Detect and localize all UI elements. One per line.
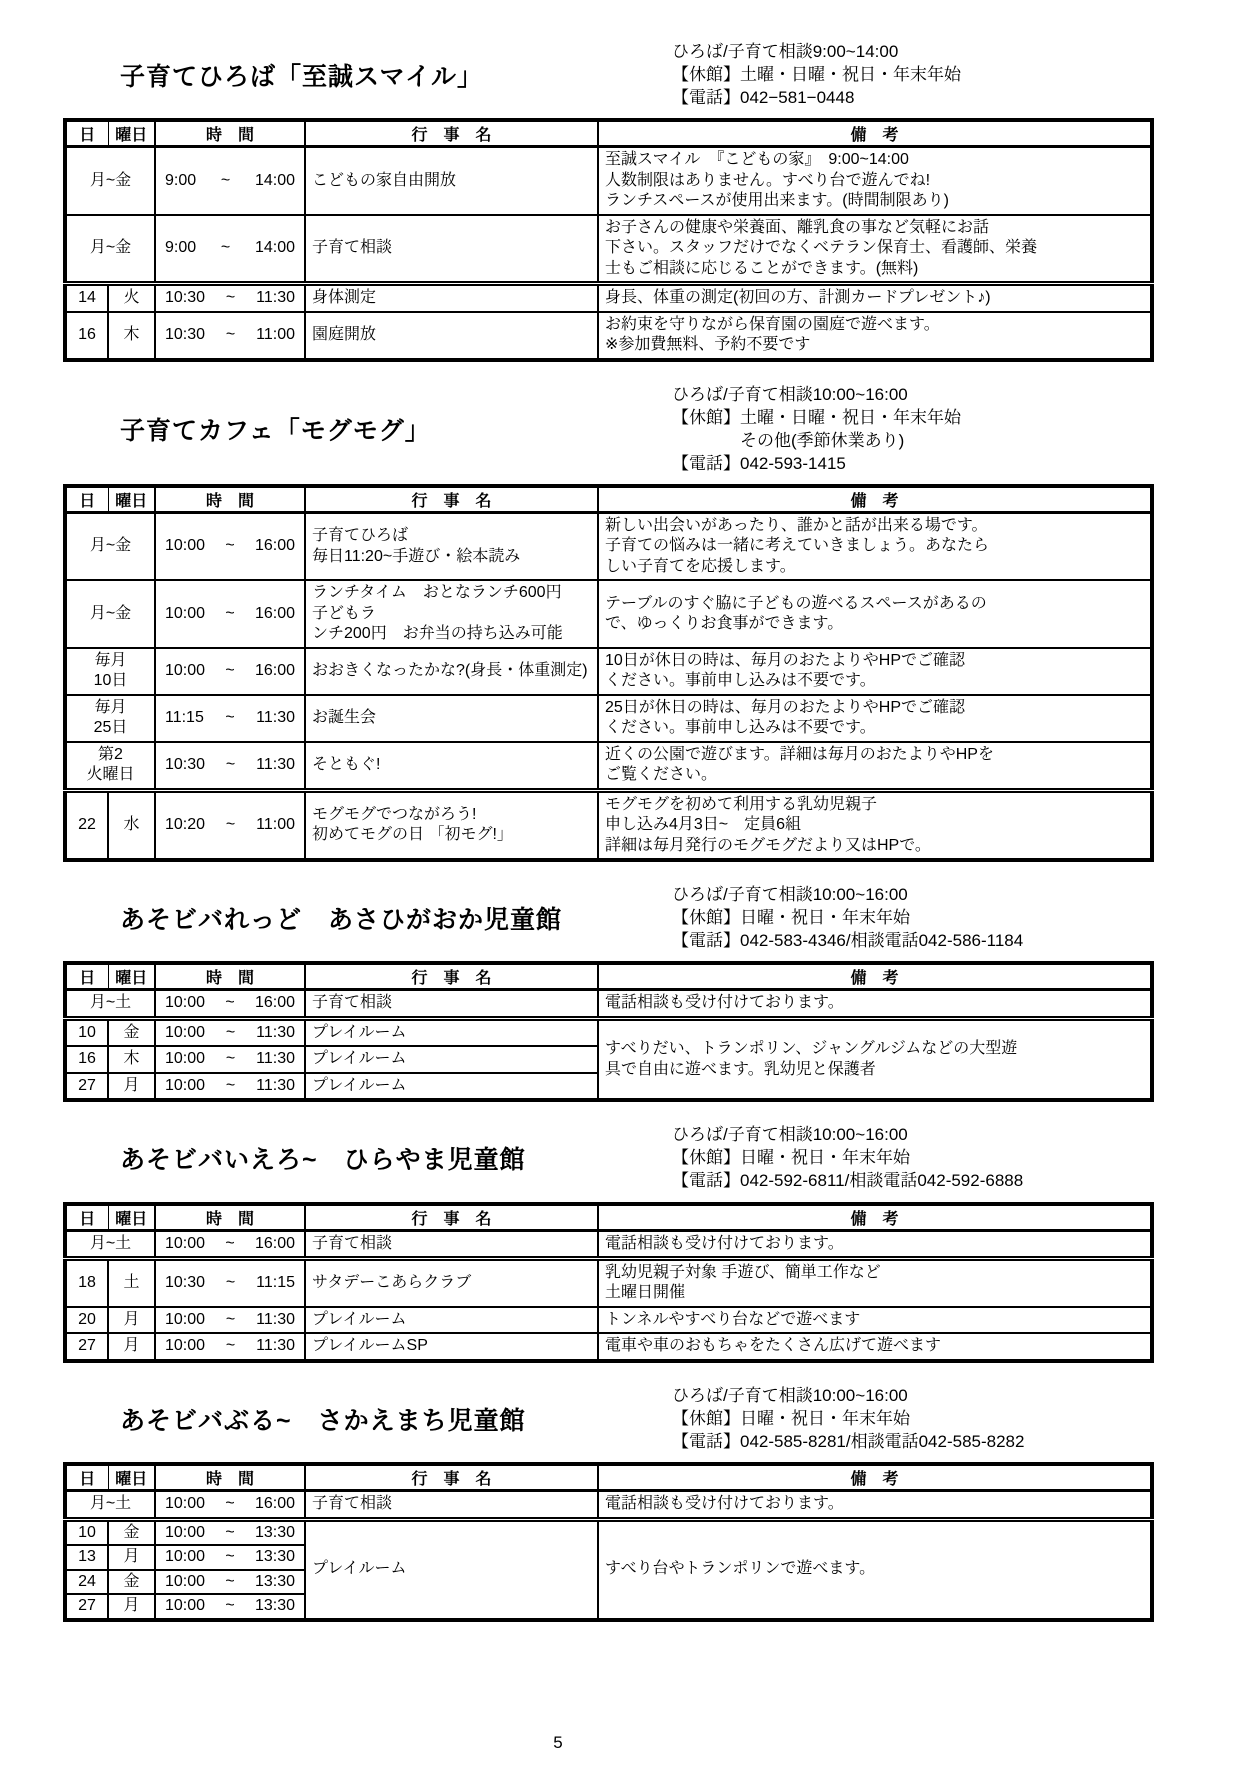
cell-time: 10:00~13:30 [155,1570,305,1594]
table-row: 月~金10:00~16:00ランチタイム おとなランチ600円 子どもラ ンチ2… [65,580,1152,647]
facility-info-line: 【電話】042-583-4346/相談電話042-586-1184 [672,929,1023,952]
header-day: 日 [65,120,108,147]
cell-note: 10日が休日の時は、毎月のおたよりやHPでご確認 ください。事前申し込みは不要で… [598,648,1152,695]
cell-event: プレイルームSP [305,1333,598,1360]
time-range: 10:00~11:30 [165,1023,295,1043]
cell-event: そともぐ! [305,742,598,790]
cell-time: 10:00~11:30 [155,1307,305,1333]
time-part: 11:30 [256,1023,295,1043]
cell-note: お子さんの健康や栄養面、離乳食の事など気軽にお話 下さい。スタッフだけでなくベテ… [598,215,1152,284]
cell-event: プレイルーム [305,1307,598,1333]
cell-weekday: 金 [108,1570,155,1594]
cell-event: プレイルーム [305,1046,598,1072]
cell-note: 電話相談も受け付けております。 [598,1491,1152,1519]
header-weekday: 曜日 [108,1464,155,1491]
cell-day: 13 [65,1545,108,1569]
header-note: 備 考 [598,1464,1152,1491]
cell-event: 子育て相談 [305,1230,598,1258]
cell-note: トンネルやすべり台などで遊べます [598,1307,1152,1333]
time-part: 10:00 [165,1234,205,1254]
cell-note: 近くの公園で遊びます。詳細は毎月のおたよりやHPを ご覧ください。 [598,742,1152,790]
time-range: 10:20~11:00 [165,815,295,835]
time-part: 10:30 [165,288,205,308]
section-head: 子育てひろば「至誠スマイル」ひろば/子育て相談9:00~14:00【休館】土曜・… [63,40,1219,109]
cell-time: 10:00~16:00 [155,990,305,1018]
facility-info-line: ひろば/子育て相談10:00~16:00 [672,1123,1023,1146]
cell-day: 第2 火曜日 [65,742,155,790]
time-part: 10:00 [165,1547,205,1567]
schedule-table: 日曜日時 間行 事 名備 考月~土10:00~16:00子育て相談電話相談も受け… [63,1202,1154,1363]
facility-info-line: ひろば/子育て相談10:00~16:00 [672,1384,1024,1407]
cell-day: 月~金 [65,580,155,647]
facility-info: ひろば/子育て相談10:00~16:00【休館】土曜・日曜・祝日・年末年始 その… [672,383,961,475]
section-head: あそビバれっど あさひがおか児童館ひろば/子育て相談10:00~16:00【休館… [63,883,1219,952]
time-part: ~ [225,1596,234,1616]
cell-event: 子育て相談 [305,1491,598,1519]
cell-note: テーブルのすぐ脇に子どもの遊べるスペースがあるの で、ゆっくりお食事ができます。 [598,580,1152,647]
time-part: 11:30 [256,1049,295,1069]
table-row: 毎月 10日10:00~16:00おおきくなったかな?(身長・体重測定)10日が… [65,648,1152,695]
table-header-row: 日曜日時 間行 事 名備 考 [65,963,1152,990]
time-range: 10:00~13:30 [165,1547,295,1567]
time-part: 10:20 [165,815,205,835]
time-part: 9:00 [165,238,196,258]
header-weekday: 曜日 [108,963,155,990]
cell-day: 10 [65,1519,108,1545]
table-row: 22水10:20~11:00モグモグでつながろう! 初めてモグの日 「初モグ!」… [65,790,1152,860]
time-range: 9:00~14:00 [165,171,295,191]
facility-section: 子育てカフェ「モグモグ」ひろば/子育て相談10:00~16:00【休館】土曜・日… [63,383,1219,862]
facility-section: 子育てひろば「至誠スマイル」ひろば/子育て相談9:00~14:00【休館】土曜・… [63,40,1219,362]
cell-note: 乳幼児親子対象 手遊び、簡単工作など 土曜日開催 [598,1259,1152,1307]
header-note: 備 考 [598,1204,1152,1231]
cell-weekday: 水 [108,790,155,860]
time-range: 10:30~11:30 [165,755,295,775]
time-part: 10:30 [165,325,205,345]
time-part: 13:30 [255,1523,295,1543]
time-part: 16:00 [255,1494,295,1514]
cell-weekday: 木 [108,1046,155,1072]
facility-info: ひろば/子育て相談9:00~14:00【休館】土曜・日曜・祝日・年末年始【電話】… [672,40,961,109]
time-part: 13:30 [255,1547,295,1567]
facility-info-line: その他(季節休業あり) [672,429,961,452]
cell-day: 月~金 [65,512,155,580]
cell-time: 9:00~14:00 [155,147,305,215]
table-row: 月~金9:00~14:00子育て相談お子さんの健康や栄養面、離乳食の事など気軽に… [65,215,1152,284]
time-range: 10:00~13:30 [165,1596,295,1616]
facility-section: あそビバぶる~ さかえまち児童館ひろば/子育て相談10:00~16:00【休館】… [63,1384,1219,1622]
time-part: 10:00 [165,536,205,556]
cell-note: モグモグを初めて利用する乳幼児親子 申し込み4月3日~ 定員6組 詳細は毎月発行… [598,790,1152,860]
time-part: ~ [226,1310,235,1330]
time-range: 10:00~16:00 [165,536,295,556]
time-part: ~ [226,1049,235,1069]
section-title: あそビバぶる~ さかえまち児童館 [63,1401,672,1437]
time-part: 11:30 [256,1310,295,1330]
time-part: 10:00 [165,1310,205,1330]
time-part: 11:00 [256,325,295,345]
cell-weekday: 金 [108,1018,155,1046]
cell-day: 月~土 [65,990,155,1018]
cell-day: 毎月 10日 [65,648,155,695]
time-range: 9:00~14:00 [165,238,295,258]
cell-day: 月~土 [65,1491,155,1519]
cell-weekday: 月 [108,1073,155,1100]
cell-time: 10:30~11:15 [155,1259,305,1307]
cell-event: サタデーこあらクラブ [305,1259,598,1307]
time-range: 10:00~13:30 [165,1523,295,1543]
cell-time: 10:20~11:00 [155,790,305,860]
cell-time: 11:15~11:30 [155,695,305,742]
time-part: ~ [226,1336,235,1356]
cell-event: プレイルーム [305,1519,598,1619]
cell-note: 電車や車のおもちゃをたくさん広げて遊べます [598,1333,1152,1360]
time-part: 10:00 [165,1023,205,1043]
cell-time: 10:30~11:30 [155,284,305,312]
time-part: 10:00 [165,661,205,681]
cell-weekday: 月 [108,1594,155,1619]
time-range: 10:00~11:30 [165,1310,295,1330]
time-part: 10:00 [165,1049,205,1069]
cell-day: 16 [65,312,108,360]
cell-time: 10:00~13:30 [155,1594,305,1619]
cell-event: 子育てひろば 毎日11:20~手遊び・絵本読み [305,512,598,580]
header-day: 日 [65,486,108,513]
header-time: 時 間 [155,1464,305,1491]
time-part: 13:30 [255,1596,295,1616]
table-row: 16木10:30~11:00園庭開放お約束を守りながら保育園の園庭で遊べます。 … [65,312,1152,360]
document-page: { "page": { "number": "5" }, "table_head… [0,0,1259,1781]
table-header-row: 日曜日時 間行 事 名備 考 [65,1204,1152,1231]
time-part: ~ [225,1547,234,1567]
cell-day: 毎月 25日 [65,695,155,742]
time-part: ~ [225,604,234,624]
time-range: 10:30~11:15 [165,1273,295,1293]
section-title: あそビバいえろ~ ひらやま児童館 [63,1140,672,1176]
cell-time: 10:00~16:00 [155,512,305,580]
header-event: 行 事 名 [305,120,598,147]
facility-info-line: 【休館】日曜・祝日・年末年始 [672,906,1023,929]
header-weekday: 曜日 [108,486,155,513]
time-part: 10:00 [165,1523,205,1543]
header-time: 時 間 [155,963,305,990]
cell-event: プレイルーム [305,1018,598,1046]
table-header-row: 日曜日時 間行 事 名備 考 [65,1464,1152,1491]
time-part: ~ [226,288,235,308]
time-part: 10:00 [165,1572,205,1592]
time-part: ~ [226,755,235,775]
cell-time: 10:00~11:30 [155,1073,305,1100]
schedule-table: 日曜日時 間行 事 名備 考月~土10:00~16:00子育て相談電話相談も受け… [63,1462,1154,1621]
header-note: 備 考 [598,120,1152,147]
facility-info: ひろば/子育て相談10:00~16:00【休館】日曜・祝日・年末年始【電話】04… [672,1123,1023,1192]
cell-event: プレイルーム [305,1073,598,1100]
time-part: 16:00 [255,661,295,681]
section-head: 子育てカフェ「モグモグ」ひろば/子育て相談10:00~16:00【休館】土曜・日… [63,383,1219,475]
section-title: 子育てカフェ「モグモグ」 [63,411,672,447]
cell-note: すべりだい、トランポリン、ジャングルジムなどの大型遊 具で自由に遊べます。乳幼児… [598,1018,1152,1100]
header-event: 行 事 名 [305,963,598,990]
time-part: 10:00 [165,1336,205,1356]
time-part: 10:30 [165,755,205,775]
facility-info-line: 【電話】042-585-8281/相談電話042-585-8282 [672,1430,1024,1453]
cell-time: 10:00~11:30 [155,1046,305,1072]
facility-info: ひろば/子育て相談10:00~16:00【休館】日曜・祝日・年末年始【電話】04… [672,883,1023,952]
sections: 子育てひろば「至誠スマイル」ひろば/子育て相談9:00~14:00【休館】土曜・… [63,40,1219,1622]
time-part: 11:30 [256,755,295,775]
facility-info-line: ひろば/子育て相談10:00~16:00 [672,383,961,406]
time-part: 10:00 [165,1494,205,1514]
cell-time: 10:00~13:30 [155,1519,305,1545]
table-row: 毎月 25日11:15~11:30お誕生会25日が休日の時は、毎月のおたよりやH… [65,695,1152,742]
cell-weekday: 月 [108,1333,155,1360]
table-row: 14火10:30~11:30身体測定身長、体重の測定(初回の方、計測カードプレゼ… [65,284,1152,312]
cell-note: 電話相談も受け付けております。 [598,990,1152,1018]
time-part: 14:00 [255,171,295,191]
cell-note: 電話相談も受け付けております。 [598,1230,1152,1258]
section-title: 子育てひろば「至誠スマイル」 [63,57,672,93]
facility-info-line: 【休館】土曜・日曜・祝日・年末年始 [672,406,961,429]
time-range: 10:00~16:00 [165,993,295,1013]
schedule-table: 日曜日時 間行 事 名備 考月~土10:00~16:00子育て相談電話相談も受け… [63,961,1154,1102]
time-part: 10:00 [165,604,205,624]
section-head: あそビバいえろ~ ひらやま児童館ひろば/子育て相談10:00~16:00【休館】… [63,1123,1219,1192]
facility-info-line: 【電話】042-592-6811/相談電話042-592-6888 [672,1169,1023,1192]
cell-note: すべり台やトランポリンで遊べます。 [598,1519,1152,1619]
time-part: 11:15 [165,708,204,728]
table-row: 月~土10:00~16:00子育て相談電話相談も受け付けております。 [65,1491,1152,1519]
table-header-row: 日曜日時 間行 事 名備 考 [65,120,1152,147]
header-event: 行 事 名 [305,486,598,513]
time-part: ~ [221,171,230,191]
cell-note: 新しい出会いがあったり、誰かと話が出来る場です。 子育ての悩みは一緒に考えていき… [598,512,1152,580]
table-row: 27月10:00~11:30プレイルームSP電車や車のおもちゃをたくさん広げて遊… [65,1333,1152,1360]
cell-event: こどもの家自由開放 [305,147,598,215]
time-part: 11:30 [256,288,295,308]
time-part: ~ [226,815,235,835]
header-weekday: 曜日 [108,1204,155,1231]
cell-day: 月~金 [65,147,155,215]
time-range: 10:00~16:00 [165,661,295,681]
cell-event: 身体測定 [305,284,598,312]
cell-time: 10:00~11:30 [155,1018,305,1046]
cell-event: 子育て相談 [305,215,598,284]
time-part: ~ [225,993,234,1013]
cell-note: 25日が休日の時は、毎月のおたよりやHPでご確認 ください。事前申し込みは不要で… [598,695,1152,742]
cell-day: 22 [65,790,108,860]
section-title: あそビバれっど あさひがおか児童館 [63,900,672,936]
cell-weekday: 火 [108,284,155,312]
cell-time: 10:30~11:00 [155,312,305,360]
time-part: ~ [225,661,234,681]
header-day: 日 [65,1204,108,1231]
time-part: ~ [221,238,230,258]
facility-info: ひろば/子育て相談10:00~16:00【休館】日曜・祝日・年末年始【電話】04… [672,1384,1024,1453]
cell-day: 27 [65,1073,108,1100]
cell-time: 10:00~16:00 [155,648,305,695]
facility-info-line: ひろば/子育て相談9:00~14:00 [672,40,961,63]
table-row: 月~金10:00~16:00子育てひろば 毎日11:20~手遊び・絵本読み新しい… [65,512,1152,580]
section-head: あそビバぶる~ さかえまち児童館ひろば/子育て相談10:00~16:00【休館】… [63,1384,1219,1453]
cell-event: ランチタイム おとなランチ600円 子どもラ ンチ200円 お弁当の持ち込み可能 [305,580,598,647]
time-part: 11:30 [256,708,295,728]
cell-day: 27 [65,1594,108,1619]
facility-info-line: 【休館】日曜・祝日・年末年始 [672,1146,1023,1169]
time-part: 10:00 [165,1076,205,1096]
time-part: ~ [226,1076,235,1096]
facility-info-line: ひろば/子育て相談10:00~16:00 [672,883,1023,906]
cell-weekday: 金 [108,1519,155,1545]
facility-section: あそビバれっど あさひがおか児童館ひろば/子育て相談10:00~16:00【休館… [63,883,1219,1102]
cell-day: 20 [65,1307,108,1333]
time-part: ~ [225,708,234,728]
cell-event: おおきくなったかな?(身長・体重測定) [305,648,598,695]
time-range: 11:15~11:30 [165,708,295,728]
time-range: 10:00~11:30 [165,1049,295,1069]
time-range: 10:00~11:30 [165,1336,295,1356]
header-time: 時 間 [155,1204,305,1231]
time-range: 10:00~13:30 [165,1572,295,1592]
time-range: 10:00~11:30 [165,1076,295,1096]
time-part: ~ [226,1023,235,1043]
cell-time: 10:00~11:30 [155,1333,305,1360]
time-range: 10:00~16:00 [165,604,295,624]
cell-time: 10:00~13:30 [155,1545,305,1569]
cell-weekday: 月 [108,1545,155,1569]
header-note: 備 考 [598,486,1152,513]
time-part: 10:00 [165,993,205,1013]
cell-weekday: 土 [108,1259,155,1307]
cell-time: 10:30~11:30 [155,742,305,790]
cell-note: 至誠スマイル 『こどもの家』 9:00~14:00 人数制限はありません。すべり… [598,147,1152,215]
time-part: 16:00 [255,604,295,624]
time-part: ~ [225,536,234,556]
header-event: 行 事 名 [305,1464,598,1491]
table-row: 月~土10:00~16:00子育て相談電話相談も受け付けております。 [65,1230,1152,1258]
time-part: 11:30 [256,1336,295,1356]
table-row: 10金10:00~11:30プレイルームすべりだい、トランポリン、ジャングルジム… [65,1018,1152,1046]
header-weekday: 曜日 [108,120,155,147]
header-day: 日 [65,963,108,990]
time-range: 10:30~11:00 [165,325,295,345]
table-header-row: 日曜日時 間行 事 名備 考 [65,486,1152,513]
facility-info-line: 【休館】日曜・祝日・年末年始 [672,1407,1024,1430]
table-row: 月~土10:00~16:00子育て相談電話相談も受け付けております。 [65,990,1152,1018]
cell-time: 10:00~16:00 [155,1491,305,1519]
header-event: 行 事 名 [305,1204,598,1231]
cell-day: 24 [65,1570,108,1594]
cell-weekday: 月 [108,1307,155,1333]
time-part: ~ [226,1273,235,1293]
table-row: 第2 火曜日10:30~11:30そともぐ!近くの公園で遊びます。詳細は毎月のお… [65,742,1152,790]
time-part: ~ [225,1234,234,1254]
time-part: 16:00 [255,536,295,556]
time-part: 13:30 [255,1572,295,1592]
time-part: 16:00 [255,993,295,1013]
time-range: 10:00~16:00 [165,1494,295,1514]
time-part: 10:00 [165,1596,205,1616]
table-row: 18土10:30~11:15サタデーこあらクラブ乳幼児親子対象 手遊び、簡単工作… [65,1259,1152,1307]
time-part: 11:30 [256,1076,295,1096]
header-time: 時 間 [155,486,305,513]
schedule-table: 日曜日時 間行 事 名備 考月~金10:00~16:00子育てひろば 毎日11:… [63,484,1154,862]
time-part: ~ [225,1523,234,1543]
time-part: ~ [225,1494,234,1514]
cell-event: モグモグでつながろう! 初めてモグの日 「初モグ!」 [305,790,598,860]
facility-section: あそビバいえろ~ ひらやま児童館ひろば/子育て相談10:00~16:00【休館】… [63,1123,1219,1363]
table-row: 10金10:00~13:30プレイルームすべり台やトランポリンで遊べます。 [65,1519,1152,1545]
cell-event: 子育て相談 [305,990,598,1018]
table-row: 月~金9:00~14:00こどもの家自由開放至誠スマイル 『こどもの家』 9:0… [65,147,1152,215]
schedule-table: 日曜日時 間行 事 名備 考月~金9:00~14:00こどもの家自由開放至誠スマ… [63,118,1154,361]
cell-day: 18 [65,1259,108,1307]
header-note: 備 考 [598,963,1152,990]
table-row: 20月10:00~11:30プレイルームトンネルやすべり台などで遊べます [65,1307,1152,1333]
cell-day: 16 [65,1046,108,1072]
time-range: 10:00~16:00 [165,1234,295,1254]
time-part: 11:00 [256,815,295,835]
cell-event: 園庭開放 [305,312,598,360]
time-part: 9:00 [165,171,196,191]
facility-info-line: 【休館】土曜・日曜・祝日・年末年始 [672,63,961,86]
cell-day: 14 [65,284,108,312]
cell-time: 10:00~16:00 [155,1230,305,1258]
header-day: 日 [65,1464,108,1491]
cell-time: 10:00~16:00 [155,580,305,647]
cell-note: 身長、体重の測定(初回の方、計測カードプレゼント♪) [598,284,1152,312]
cell-note: お約束を守りながら保育園の園庭で遊べます。 ※参加費無料、予約不要です [598,312,1152,360]
time-part: ~ [226,325,235,345]
cell-day: 月~金 [65,215,155,284]
facility-info-line: 【電話】042-593-1415 [672,452,961,475]
cell-day: 10 [65,1018,108,1046]
time-part: 16:00 [255,1234,295,1254]
page-number: 5 [63,1733,1053,1753]
time-part: ~ [225,1572,234,1592]
cell-day: 27 [65,1333,108,1360]
header-time: 時 間 [155,120,305,147]
cell-time: 9:00~14:00 [155,215,305,284]
facility-info-line: 【電話】042−581−0448 [672,86,961,109]
cell-event: お誕生会 [305,695,598,742]
cell-day: 月~土 [65,1230,155,1258]
time-part: 14:00 [255,238,295,258]
time-range: 10:30~11:30 [165,288,295,308]
cell-weekday: 木 [108,312,155,360]
time-part: 11:15 [256,1273,295,1293]
time-part: 10:30 [165,1273,205,1293]
